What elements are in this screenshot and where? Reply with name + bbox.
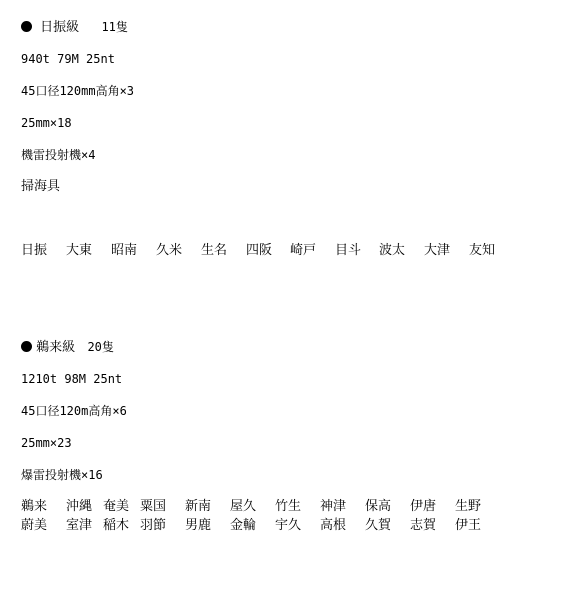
ship-count: 20隻 xyxy=(87,340,113,354)
ship-name: 伊王 xyxy=(455,518,481,534)
bullet-icon xyxy=(21,21,32,32)
spec-aa-gun: 25mm×18 xyxy=(21,115,72,131)
spec-displacement: 1210t 98M 25nt xyxy=(21,371,122,387)
ship-name: 大津 xyxy=(424,243,450,259)
ship-name: 久賀 xyxy=(365,518,391,534)
spec-aa-gun: 25mm×23 xyxy=(21,435,72,451)
ship-name: 四阪 xyxy=(246,243,272,259)
ship-name: 稲木 xyxy=(103,518,129,534)
ship-name: 崎戸 xyxy=(290,243,316,259)
ship-name: 友知 xyxy=(469,243,495,259)
spec-minesweeping: 掃海具 xyxy=(21,179,60,195)
spec-depth-charge: 機雷投射機×4 xyxy=(21,147,95,163)
ship-name: 男鹿 xyxy=(185,518,211,534)
ship-name: 竹生 xyxy=(275,499,301,515)
ship-name: 生名 xyxy=(201,243,227,259)
ship-name: 新南 xyxy=(185,499,211,515)
bullet-icon xyxy=(21,341,32,352)
ship-name: 屋久 xyxy=(230,499,256,515)
spec-main-gun: 45口径120mm高角×3 xyxy=(21,83,134,99)
ship-name: 伊唐 xyxy=(410,499,436,515)
ship-name: 沖縄 xyxy=(66,499,92,515)
ship-name: 生野 xyxy=(455,499,481,515)
section-heading: 鵜来級 20隻 xyxy=(21,339,114,356)
class-name: 日振級 xyxy=(40,20,79,35)
ship-name: 羽節 xyxy=(140,518,166,534)
ship-name: 粟国 xyxy=(140,499,166,515)
class-name: 鵜来級 xyxy=(36,340,75,355)
ship-name: 久米 xyxy=(156,243,182,259)
spec-depth-charge: 爆雷投射機×16 xyxy=(21,467,103,483)
ship-name: 鵜来 xyxy=(21,499,47,515)
ship-name: 昭南 xyxy=(111,243,137,259)
ship-name: 志賀 xyxy=(410,518,436,534)
ship-name: 目斗 xyxy=(335,243,361,259)
ship-name: 室津 xyxy=(66,518,92,534)
ship-name: 奄美 xyxy=(103,499,129,515)
ship-name: 宇久 xyxy=(275,518,301,534)
ship-name: 蔚美 xyxy=(21,518,47,534)
spec-main-gun: 45口径120m高角×6 xyxy=(21,403,127,419)
ship-name: 保高 xyxy=(365,499,391,515)
ship-name: 神津 xyxy=(320,499,346,515)
ship-name: 日振 xyxy=(21,243,47,259)
ship-count: 11隻 xyxy=(101,20,127,34)
ship-name: 波太 xyxy=(379,243,405,259)
spec-displacement: 940t 79M 25nt xyxy=(21,51,115,67)
ship-name: 高根 xyxy=(320,518,346,534)
ship-name: 金輪 xyxy=(230,518,256,534)
section-heading: 日振級 11隻 xyxy=(21,19,128,36)
ship-name: 大東 xyxy=(66,243,92,259)
